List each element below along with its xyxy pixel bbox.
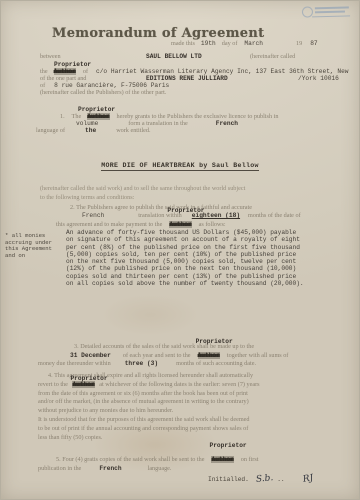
stamp-text-bar bbox=[315, 6, 349, 9]
york-zip: /York 10016 bbox=[298, 75, 339, 82]
advance-line: copies sold and thirteen per cent (13%) … bbox=[66, 273, 304, 280]
clause4-line: from the date of this agreement or six (… bbox=[38, 390, 260, 399]
year-printed: 19 bbox=[296, 40, 302, 47]
clause5-line2: publication in the French language. bbox=[38, 458, 171, 474]
clause1-number: 1. bbox=[60, 113, 65, 120]
clause2-tail: months of the date of bbox=[248, 212, 301, 219]
clause4-line: without prejudice to any monies due to h… bbox=[38, 407, 260, 416]
initials-signature-right: RJ bbox=[302, 474, 314, 485]
company-name: SAUL BELLOW LTD bbox=[146, 53, 202, 60]
author-overtype-wrap: Proprietor Author bbox=[211, 449, 233, 465]
initialled-row: Initialled. S.b. .. RJ bbox=[208, 469, 313, 485]
clause5-text-2b: language. bbox=[148, 465, 172, 472]
language-value: French bbox=[99, 465, 121, 472]
clause4-line: and/or off the market, (in the absence o… bbox=[38, 398, 260, 407]
advance-paragraph: An advance of forty-five thousand US Dol… bbox=[66, 229, 304, 287]
address-wrap: /York 10016 bbox=[298, 68, 339, 84]
clause3-text-3a: money due thereunder within bbox=[38, 360, 111, 367]
initials-signature-left: S.b. bbox=[255, 474, 273, 485]
author-overtype-wrap: Proprietor Author bbox=[169, 214, 191, 230]
proprietor-text: Proprietor bbox=[70, 375, 107, 384]
months-value: three (3) bbox=[125, 360, 158, 367]
clause3-text-3b: months of such accounting date. bbox=[176, 360, 256, 367]
proprietor-text: Proprietor bbox=[196, 339, 233, 345]
day-of-label: day of bbox=[222, 40, 238, 47]
advance-line: (5,000) copies sold, ten per cent (10%) … bbox=[66, 251, 304, 258]
clause3-line3: money due thereunder within three (3) mo… bbox=[38, 353, 256, 369]
clause4-text-2b: at whichever of the following dates is t… bbox=[99, 381, 259, 388]
party-company: SAUL BELLOW LTD bbox=[146, 46, 202, 62]
initialled-label: Initialled. bbox=[208, 476, 249, 483]
proprietor-text: Proprietor bbox=[167, 208, 204, 214]
stamp-text-bar bbox=[315, 11, 345, 14]
clause4-line: It is understood that for the purposes o… bbox=[38, 416, 260, 425]
clause5-text-2a: publication in the bbox=[38, 465, 81, 472]
work-entitled-label: work entitled. bbox=[116, 127, 150, 134]
advance-line: (12%) of the published price on the next… bbox=[66, 265, 304, 272]
language-of-label: language of bbox=[36, 127, 65, 134]
other-part-line: (hereinafter called the Publishers) of t… bbox=[40, 82, 166, 98]
clause5-text-1b: on first bbox=[241, 456, 259, 463]
margin-note-line: and on bbox=[5, 253, 52, 260]
language-value: French bbox=[216, 120, 238, 127]
clause4-line: to be out of print if the annual account… bbox=[38, 425, 260, 434]
clause2-line3: this agreement and to make payment to th… bbox=[56, 214, 226, 230]
advance-line: on all copies sold above the number of t… bbox=[66, 280, 304, 287]
advance-line: An advance of forty-five thousand US Dol… bbox=[66, 229, 304, 236]
clause1-line3: language of the work entitled. bbox=[36, 120, 151, 136]
dots: .. bbox=[277, 476, 284, 483]
advance-line: on signature of this agreement on accoun… bbox=[66, 236, 304, 243]
hereinafter-label: (hereinafter called bbox=[250, 46, 295, 62]
year-typed: 87 bbox=[310, 40, 317, 47]
stamp-underline bbox=[312, 15, 350, 17]
author-overtype-wrap: Proprietor Author bbox=[72, 381, 94, 390]
advance-line: on the next five thousand (5,000) copies… bbox=[66, 258, 304, 265]
clause4-block: 4. This agreement shall expire and all r… bbox=[38, 372, 260, 442]
clause2-text-3a: this agreement and to make payment to th… bbox=[56, 221, 162, 228]
blue-stamp-icon bbox=[300, 3, 354, 22]
scanned-contract-page: Memorandum of Agreement made this 19th d… bbox=[0, 0, 360, 500]
struck-author: Author bbox=[169, 221, 191, 228]
day-value: 19th bbox=[201, 40, 216, 47]
struck-author: Author bbox=[211, 456, 233, 463]
proprietor-text: Proprietor bbox=[209, 443, 246, 449]
clause4-text-2a: revert to the bbox=[38, 381, 68, 388]
clause2-text-3b: as follows: bbox=[199, 221, 226, 228]
work-title: MORE DIE OF HEARTBREAK by Saul Bellow bbox=[101, 162, 259, 171]
the-value: the bbox=[85, 127, 96, 134]
work-title-row: MORE DIE OF HEARTBREAK by Saul Bellow bbox=[0, 155, 360, 171]
hereinafter-text: (hereinafter called bbox=[250, 53, 295, 60]
year-line: 19 87 bbox=[296, 33, 318, 49]
other-part-text: (hereinafter called the Publishers) of t… bbox=[40, 89, 166, 96]
clause4-line2: revert to the Proprietor Author at which… bbox=[38, 381, 260, 390]
advance-line: per cent (8%) of the published price on … bbox=[66, 244, 304, 251]
margin-note: * all monies accruing under this Agreeme… bbox=[5, 233, 52, 259]
